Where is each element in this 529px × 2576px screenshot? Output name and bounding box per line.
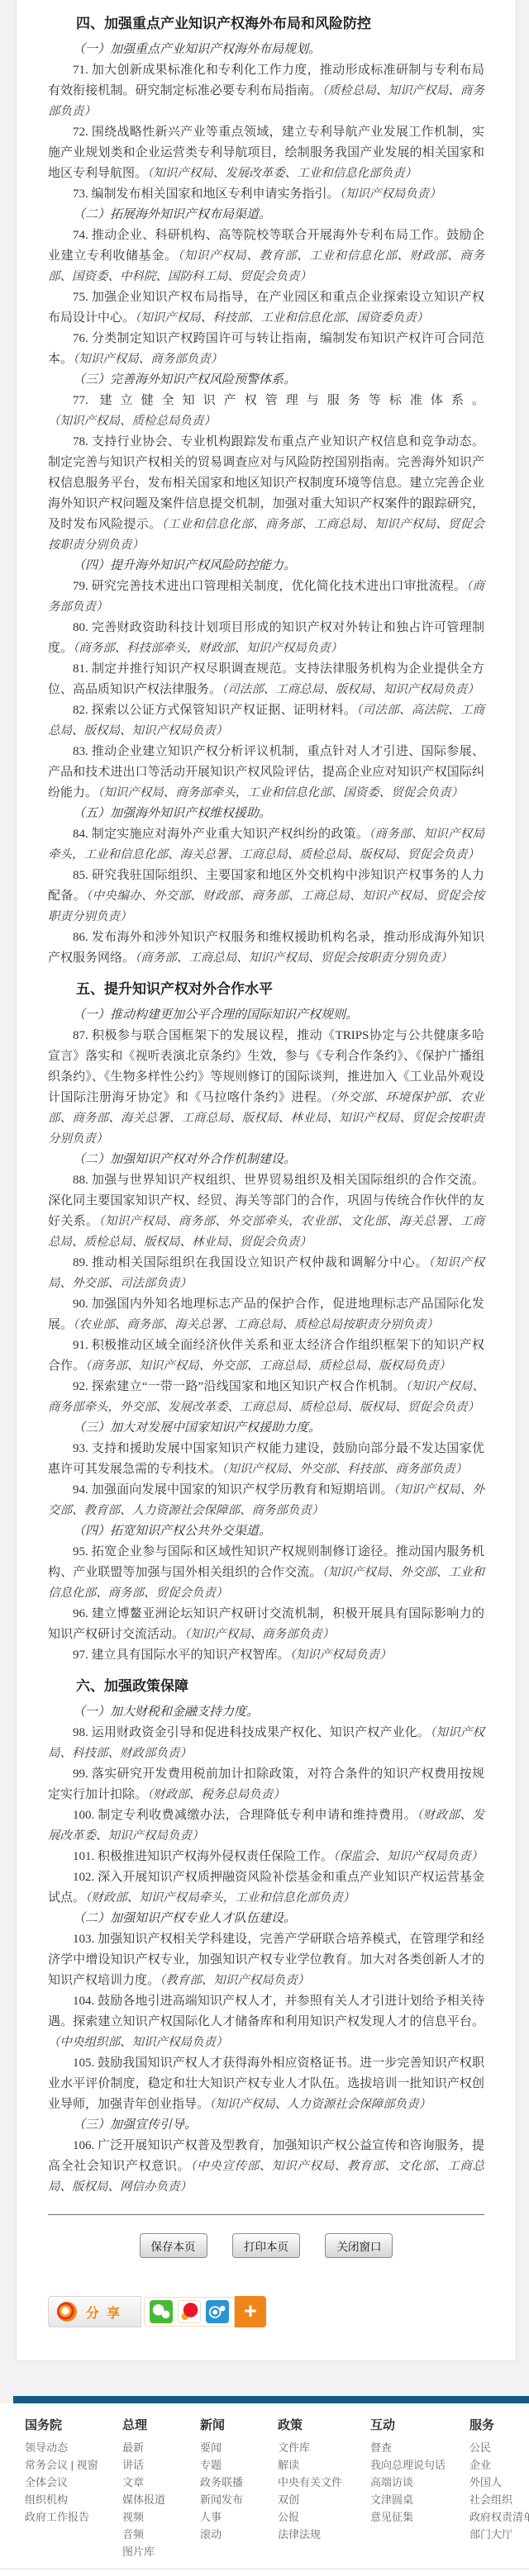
responsible-agencies: （知识产权局、商务部负责） (184, 1628, 334, 1641)
footer-column: 总理 最新 讲话 文章 媒体报道 视频 音频 (122, 2417, 200, 2560)
responsible-agencies: （知识产权局、人力资源社会保障部负责） (209, 2098, 431, 2111)
doc-paragraph: （二）拓展海外知识产权布局渠道。 (48, 205, 484, 225)
paragraph-text: 104. 鼓励各地引进高端知识产权人才，并参照有关人才引进计划给予相关待遇。探索… (48, 1995, 484, 2028)
footer-link[interactable]: 中央有关文件 (278, 2474, 370, 2491)
doc-paragraph: 76. 分类制定知识产权跨国许可与转让指南，编制发布知识产权许可合同范本。（知识… (48, 329, 484, 370)
footer-link[interactable]: 解读 (278, 2456, 370, 2474)
doc-paragraph: （二）加强知识产权专业人才队伍建设。 (48, 1909, 484, 1929)
footer-link[interactable]: 政府工作报告 (25, 2508, 122, 2526)
footer-link[interactable]: 滚动 (200, 2526, 278, 2543)
footer-link[interactable]: 领导动态 (25, 2439, 122, 2456)
paragraph-text: （一）加大财税和金融支持力度。 (73, 1705, 259, 1719)
footer-column: 互动 督查 我向总理说句话 高端访谈 文津圆桌 意见征集 (370, 2417, 469, 2560)
footer-column-title[interactable]: 互动 (370, 2417, 469, 2435)
doc-paragraph: 89. 推动相关国际组织在我国设立知识产权仲裁和调解分中心。（知识产权局、外交部… (48, 1253, 484, 1294)
share-target-icon[interactable] (178, 2300, 201, 2323)
doc-paragraph: （一）加大财税和金融支持力度。 (48, 1702, 484, 1723)
paragraph-text: （二）加强知识产权专业人才队伍建设。 (73, 1912, 296, 1925)
responsible-agencies: （农业部、商务部、海关总署、工商总局、质检总局按职责分别负责） (73, 1318, 438, 1331)
paragraph-text: （三）加强宣传引导。 (73, 2118, 197, 2132)
responsible-agencies: （知识产权局、科技部、工业和信息化部、国资委负责） (135, 311, 428, 325)
doc-paragraph: 87. 积极参与联合国框架下的发展议程，推动《TRIPS协定与公共健康多哈宣言》… (48, 1026, 484, 1150)
doc-paragraph: 96. 建立博鳌亚洲论坛知识产权研讨交流机制，积极开展具有国际影响力的知识产权研… (48, 1604, 484, 1645)
doc-paragraph: （五）加强海外知识产权维权援助。 (48, 804, 484, 824)
doc-paragraph: 81. 制定并推行知识产权尽职调查规范。支持法律服务机构为企业提供全方位、高品质… (48, 659, 484, 700)
footer-link[interactable]: 部门大厅 (469, 2526, 529, 2543)
footer-column-title[interactable]: 政策 (278, 2417, 370, 2435)
footer-links: 督查 我向总理说句话 高端访谈 文津圆桌 意见征集 (370, 2439, 469, 2526)
footer-column-title[interactable]: 总理 (122, 2417, 200, 2435)
document-body: 四、加强重点产业知识产权海外布局和风险防控 （一）加强重点产业知识产权海外布局规… (48, 13, 484, 2198)
footer-link[interactable]: 意见征集 (370, 2508, 469, 2526)
save-page-button[interactable]: 保存本页 (140, 2233, 207, 2258)
footer-link[interactable]: 全体会议 (25, 2474, 122, 2491)
doc-paragraph: （一）推动构建更加公平合理的国际知识产权规则。 (48, 1005, 484, 1026)
doc-paragraph: 97. 建立具有国际水平的知识产权智库。（知识产权局负责） (48, 1645, 484, 1666)
content-divider (48, 2214, 484, 2215)
responsible-agencies: （知识产权局、商务部、外交部牵头，农业部、文化部、海关总署、工商总局、质检总局、… (48, 1215, 484, 1249)
responsible-agencies: （教育部、知识产权局负责） (160, 1974, 309, 1987)
doc-paragraph: 77. 建立健全知识产权管理与服务等标准体系。（知识产权局、质检总局负责） (48, 391, 484, 432)
doc-paragraph: 71. 加大创新成果标准化和专利化工作力度，推动形成标准研制与专利布局有效衔接机… (48, 60, 484, 122)
footer-link[interactable]: 最新 (122, 2439, 200, 2456)
doc-paragraph: 88. 加强与世界知识产权组织、世界贸易组织及相关国际组织的合作交流。深化同主要… (48, 1170, 484, 1253)
footer-column-title[interactable]: 新闻 (200, 2417, 278, 2435)
footer-link[interactable]: 常务会议 | 视窗 (25, 2456, 122, 2474)
doc-paragraph: 86. 发布海外和涉外知识产权服务和维权援助机构名录，推动形成海外知识产权服务网… (48, 927, 484, 969)
footer-link[interactable]: 外国人 (469, 2474, 529, 2491)
doc-paragraph: 98. 运用财政资金引导和促进科技成果产权化、知识产权产业化。（知识产权局、科技… (48, 1723, 484, 1764)
doc-paragraph: 106. 广泛开展知识产权普及型教育，加强知识产权公益宣传和咨询服务，提高全社会… (48, 2136, 484, 2198)
doc-paragraph: 73. 编制发布相关国家和地区专利申请实务指引。（知识产权局负责） (48, 184, 484, 205)
paragraph-text: 78. 支持行业协会、专业机构跟踪发布重点产业知识产权信息和竞争动态。制定完善与… (48, 435, 484, 531)
share-label: 分享 (84, 2303, 127, 2322)
footer-link[interactable]: 我向总理说句话 (370, 2456, 469, 2474)
doc-paragraph: （四）提升海外知识产权风险防控能力。 (48, 556, 484, 576)
doc-paragraph: （三）加强宣传引导。 (48, 2115, 484, 2136)
footer-links: 公民 企业 外国人 社会组织 政府权责清单 部门大厅 (469, 2439, 529, 2543)
footer-link[interactable]: 双创 (278, 2491, 370, 2508)
doc-paragraph: 91. 积极推动区域全面经济伙伴关系和亚太经济合作组织框架下的知识产权合作。（商… (48, 1335, 484, 1377)
responsible-agencies: （知识产权局、发展改革委、工业和信息化部负责） (147, 167, 417, 180)
paragraph-text: （一）推动构建更加公平合理的国际知识产权规则。 (73, 1008, 358, 1022)
footer-column: 政策 文件库 解读 中央有关文件 双创 公报 法律法规 (278, 2417, 370, 2560)
footer-link[interactable]: 组织机构 (25, 2491, 122, 2508)
share-targets (144, 2297, 235, 2327)
footer-link[interactable]: 图片库 (122, 2543, 200, 2560)
responsible-agencies: （财政部、知识产权局牵头，工业和信息化部负责） (85, 1891, 355, 1905)
footer-link[interactable]: 讲话 (122, 2456, 200, 2474)
responsible-agencies: （知识产权局、商务部牵头，工业和信息化部、国资委、贸促会负责） (98, 786, 463, 799)
doc-paragraph: 83. 推动企业建立知识产权分析评议机制，重点针对人才引进、国际参展、产品和技术… (48, 742, 484, 804)
paragraph-text: （二）拓展海外知识产权布局渠道。 (73, 208, 271, 221)
footer-link[interactable]: 政府权责清单 (469, 2508, 529, 2526)
responsible-agencies: （财政部、税务总局负责） (147, 1788, 285, 1801)
footer-link[interactable]: 文件库 (278, 2439, 370, 2456)
footer-links: 要闻 专题 政务联播 新闻发布 人事 滚动 (200, 2439, 278, 2543)
doc-paragraph: 78. 支持行业协会、专业机构跟踪发布重点产业知识产权信息和竞争动态。制定完善与… (48, 432, 484, 556)
responsible-agencies: （知识产权局、外交部、科技部、商务部负责） (222, 1463, 467, 1476)
footer-link[interactable]: 人事 (200, 2508, 278, 2526)
share-logo-icon (57, 2302, 77, 2322)
doc-paragraph: （一）加强重点产业知识产权海外布局规划。 (48, 40, 484, 60)
paragraph-text: （四）拓宽知识产权公共外交渠道。 (73, 1525, 271, 1538)
footer-accent-bar (13, 2396, 529, 2403)
responsible-agencies: （商务部、知识产权局、外交部、工商总局、质检总局、版权局负责） (85, 1359, 450, 1373)
close-window-button[interactable]: 关闭窗口 (325, 2233, 393, 2258)
doc-paragraph: 85. 研究我驻国际组织、主要国家和地区外交机构中涉知识产权事务的人力配备。（中… (48, 866, 484, 927)
doc-paragraph: 90. 加强国内外知名地理标志产品的保护合作，促进地理标志产品国际化发展。（农业… (48, 1294, 484, 1335)
paragraph-text: 四、加强重点产业知识产权海外布局和风险防控 (76, 16, 371, 31)
doc-paragraph: 六、加强政策保障 (48, 1676, 484, 1698)
responsible-agencies: （商务部、工商总局、知识产权局、贸促会按职责分别负责） (135, 951, 452, 965)
paragraph-text: （五）加强海外知识产权维权援助。 (73, 807, 271, 820)
doc-paragraph: （三）加大对发展中国家知识产权援助力度。 (48, 1418, 484, 1439)
share-button[interactable]: 分享 (48, 2296, 141, 2327)
doc-paragraph: （二）加强知识产权对外合作机制建设。 (48, 1150, 484, 1170)
doc-paragraph: 101. 积极推进知识产权海外侵权责任保险工作。（保监会、知识产权局负责） (48, 1847, 484, 1867)
doc-paragraph: 82. 探索以公证方式保管知识产权证据、证明材料。（司法部、高法院、工商总局、版… (48, 700, 484, 742)
paragraph-text: 五、提升知识产权对外合作水平 (76, 981, 273, 997)
footer-link[interactable]: 政务联播 (200, 2474, 278, 2491)
paragraph-text: 97. 建立具有国际水平的知识产权智库。 (73, 1649, 290, 1662)
footer-link[interactable]: 法律法规 (278, 2526, 370, 2543)
responsible-agencies: （中央编办、外交部、财政部、商务部、工商总局、知识产权局、贸促会按职责分别负责） (48, 890, 484, 923)
paragraph-text: 89. 推动相关国际组织在我国设立知识产权仲裁和调解分中心。 (73, 1256, 428, 1269)
page: 四、加强重点产业知识产权海外布局和风险防控 （一）加强重点产业知识产权海外布局规… (0, 0, 529, 2576)
paragraph-text: 101. 积极推进知识产权海外侵权责任保险工作。 (73, 1850, 333, 1863)
doc-paragraph: 93. 支持和援助发展中国家知识产权能力建设，鼓励向部分最不发达国家优惠许可其发… (48, 1439, 484, 1480)
doc-paragraph: 95. 拓宽企业参与国际和区域性知识产权规则制修订途径。推动国内服务机构、产业联… (48, 1542, 484, 1604)
doc-paragraph: 80. 完善财政资助科技计划项目形成的知识产权对外转让和独占许可管理制度。（商务… (48, 618, 484, 659)
doc-paragraph: （四）拓宽知识产权公共外交渠道。 (48, 1521, 484, 1542)
doc-paragraph: 四、加强重点产业知识产权海外布局和风险防控 (48, 13, 484, 36)
footer-column: 服务 公民 企业 外国人 社会组织 政府权责清单 部门大厅 (469, 2417, 529, 2560)
footer-link[interactable]: 公报 (278, 2508, 370, 2526)
share-target-icon[interactable] (150, 2300, 173, 2323)
footer-link[interactable]: 社会组织 (469, 2491, 529, 2508)
paragraph-text: 100. 制定专利收费减缴办法，合理降低专利申请和维持费用。 (73, 1809, 417, 1822)
responsible-agencies: （保监会、知识产权局负责） (333, 1850, 483, 1863)
footer-link[interactable]: 督查 (370, 2439, 469, 2456)
doc-paragraph: 72. 围绕战略性新兴产业等重点领域，建立专利导航产业发展工作机制，实施产业规划… (48, 122, 484, 184)
footer-link[interactable]: 音频 (122, 2526, 200, 2543)
site-footer: 国务院 领导动态 常务会议 | 视窗 全体会议 组织机构 政府工作报告 (0, 2403, 529, 2569)
responsible-agencies: （知识产权局、质检总局负责） (48, 415, 216, 428)
responsible-agencies: （司法部、工商总局、版权局、知识产权局负责） (222, 683, 479, 696)
paragraph-text: 98. 运用财政资金引导和促进科技成果产权化、知识产权产业化。 (73, 1726, 430, 1739)
doc-paragraph: 92. 探索建立“一带一路”沿线国家和地区知识产权合作机制。（知识产权局、商务部… (48, 1377, 484, 1418)
paragraph-text: 92. 探索建立“一带一路”沿线国家和地区知识产权合作机制。 (73, 1380, 405, 1393)
paragraph-text: 六、加强政策保障 (76, 1678, 188, 1694)
footer-links: 领导动态 常务会议 | 视窗 全体会议 组织机构 政府工作报告 (25, 2439, 122, 2526)
footer-links: 最新 讲话 文章 媒体报道 视频 音频 图片库 (122, 2439, 200, 2560)
footer-padding (0, 2569, 529, 2576)
article-card: 四、加强重点产业知识产权海外布局和风险防控 （一）加强重点产业知识产权海外布局规… (16, 0, 517, 2361)
responsible-agencies: （知识产权局负责） (340, 187, 441, 201)
doc-paragraph: （三）完善海外知识产权风险预警体系。 (48, 370, 484, 391)
paragraph-text: 77. 建立健全知识产权管理与服务等标准体系。 (73, 394, 484, 407)
doc-paragraph: 105. 鼓励我国知识产权人才获得海外相应资格证书。进一步完善知识产权职业水平评… (48, 2053, 484, 2115)
paragraph-text: 84. 制定实施应对海外产业重大知识产权纠纷的政策。 (73, 828, 369, 841)
footer-column-title[interactable]: 国务院 (25, 2417, 122, 2435)
footer-link[interactable]: 文章 (122, 2474, 200, 2491)
footer-link[interactable]: 文津圆桌 (370, 2491, 469, 2508)
doc-paragraph: 99. 落实研究开发费用税前加计扣除政策，对符合条件的知识产权费用按规定实行加计… (48, 1764, 484, 1805)
paragraph-text: （二）加强知识产权对外合作机制建设。 (73, 1153, 296, 1166)
footer-link[interactable]: 视频 (122, 2508, 200, 2526)
footer-link[interactable]: 高端访谈 (370, 2474, 469, 2491)
footer-link[interactable]: 公民 (469, 2439, 529, 2456)
doc-paragraph: 94. 加强面向发展中国家的知识产权学历教育和短期培训。（知识产权局、外交部、教… (48, 1480, 484, 1521)
print-page-button[interactable]: 打印本页 (232, 2233, 300, 2258)
footer-link[interactable]: 新闻发布 (200, 2491, 278, 2508)
responsible-agencies: （商务部、科技部牵头，财政部、知识产权局负责） (73, 642, 342, 655)
paragraph-text: 82. 探索以公证方式保管知识产权证据、证明材料。 (73, 704, 356, 717)
share-target-icon[interactable] (206, 2300, 229, 2323)
paragraph-text: 73. 编制发布相关国家和地区专利申请实务指引。 (73, 187, 340, 201)
share-bar: 分享 (48, 2296, 484, 2327)
footer-column: 新闻 要闻 专题 政务联播 新闻发布 人事 滚动 (200, 2417, 278, 2560)
share-more-icon[interactable] (235, 2296, 266, 2327)
footer-column: 国务院 领导动态 常务会议 | 视窗 全体会议 组织机构 政府工作报告 (25, 2417, 122, 2560)
doc-paragraph: 84. 制定实施应对海外产业重大知识产权纠纷的政策。（商务部、知识产权局牵头，工… (48, 824, 484, 866)
doc-paragraph: 100. 制定专利收费减缴办法，合理降低专利申请和维持费用。（财政部、发展改革委… (48, 1805, 484, 1847)
page-actions: 保存本页 打印本页 关闭窗口 (48, 2233, 484, 2258)
responsible-agencies: （知识产权局、商务部负责） (73, 353, 222, 366)
footer-link[interactable]: 专题 (200, 2456, 278, 2474)
footer-column-title[interactable]: 服务 (469, 2417, 529, 2435)
footer-link[interactable]: 企业 (469, 2456, 529, 2474)
responsible-agencies: （中央组织部、知识产权局负责） (48, 2036, 228, 2049)
footer-links: 文件库 解读 中央有关文件 双创 公报 法律法规 (278, 2439, 370, 2543)
responsible-agencies: （知识产权局负责） (290, 1649, 392, 1662)
doc-paragraph: 五、提升知识产权对外合作水平 (48, 979, 484, 1001)
doc-paragraph: 104. 鼓励各地引进高端知识产权人才，并参照有关人才引进计划给予相关待遇。探索… (48, 1991, 484, 2053)
footer-link[interactable]: 要闻 (200, 2439, 278, 2456)
paragraph-text: 79. 研究完善技术进出口管理相关制度，优化简化技术进出口审批流程。 (73, 580, 466, 593)
footer-link[interactable]: 媒体报道 (122, 2491, 200, 2508)
doc-paragraph: 103. 加强知识产权相关学科建设，完善产学研联合培养模式，在管理学和经济学中增… (48, 1929, 484, 1991)
paragraph-text: （一）加强重点产业知识产权海外布局规划。 (73, 43, 321, 56)
paragraph-text: （三）加大对发展中国家知识产权援助力度。 (73, 1421, 321, 1435)
doc-paragraph: 102. 深入开展知识产权质押融资风险补偿基金和重点产业知识产权运营基金试点。（… (48, 1867, 484, 1909)
doc-paragraph: 74. 推动企业、科研机构、高等院校等联合开展海外专利布局工作。鼓励企业建立专利… (48, 225, 484, 287)
doc-paragraph: 75. 加强企业知识产权布局指导，在产业园区和重点企业探索设立知识产权布局设计中… (48, 287, 484, 329)
paragraph-text: 94. 加强面向发展中国家的知识产权学历教育和短期培训。 (73, 1483, 393, 1497)
paragraph-text: （四）提升海外知识产权风险防控能力。 (73, 559, 296, 572)
paragraph-text: （三）完善海外知识产权风险预警体系。 (73, 373, 296, 387)
doc-paragraph: 79. 研究完善技术进出口管理相关制度，优化简化技术进出口审批流程。（商务部负责… (48, 576, 484, 618)
